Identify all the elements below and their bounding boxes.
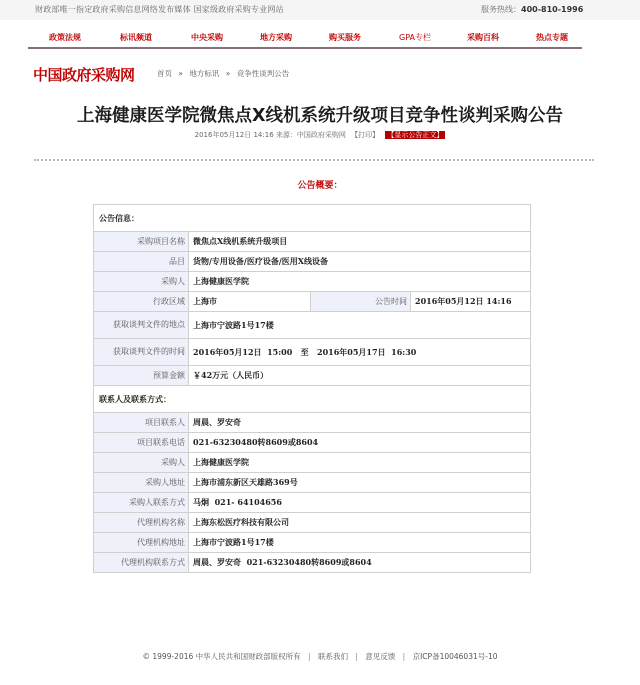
top-bar: 财政部唯一指定政府采购信息网络发布媒体 国家级政府采购专业网站 服务热线：400… xyxy=(0,0,640,20)
nav-item-central-procurement[interactable]: 中央采购 xyxy=(191,32,223,43)
nav-item-procurement-wiki[interactable]: 采购百科 xyxy=(467,32,499,43)
service-hotline: 服务热线：400-810-1996 xyxy=(481,4,583,15)
section-contacts: 联系人及联系方式： xyxy=(94,386,531,413)
breadcrumb-current[interactable]: 竞争性谈判公告 xyxy=(237,69,290,78)
announcement-info-table: 公告信息： 采购项目名称 微焦点X线机系统升级项目 品目 货物/专用设备/医疗设… xyxy=(93,204,531,573)
dotted-divider xyxy=(34,159,594,161)
value-purchaser: 上海健康医学院 xyxy=(189,272,531,292)
label-purchaser-2: 采购人 xyxy=(94,453,189,473)
value-contact-phone: 021-63230480转8609或8604 xyxy=(189,433,531,453)
nav-item-local-procurement[interactable]: 地方采购 xyxy=(260,32,292,43)
publish-date: 2016年05月12日 14:16 xyxy=(195,131,274,139)
main-nav: 政策法规 标讯频道 中央采购 地方采购 购买服务 GPA专栏 采购百科 热点专题 xyxy=(28,29,582,49)
label-announce-time: 公告时间 xyxy=(311,292,411,312)
label-contact-phone: 项目联系电话 xyxy=(94,433,189,453)
value-agency-contact: 周晨、罗安奇 021-63230480转8609或8604 xyxy=(189,553,531,573)
breadcrumb-separator: » xyxy=(226,69,231,78)
page-footer: © 1999-2016 中华人民共和国财政部版权所有 | 联系我们 | 意见反馈… xyxy=(0,651,640,662)
footer-divider: | xyxy=(403,652,406,661)
nav-item-hot-topics[interactable]: 热点专题 xyxy=(536,32,568,43)
page-title: 上海健康医学院微焦点X线机系统升级项目竞争性谈判采购公告 xyxy=(0,102,640,127)
label-project-name: 采购项目名称 xyxy=(94,232,189,252)
footer-divider: | xyxy=(355,652,358,661)
value-agency-address: 上海市宁波路1号17楼 xyxy=(189,533,531,553)
contact-us-link[interactable]: 联系我们 xyxy=(318,652,348,661)
value-purchaser-2: 上海健康医学院 xyxy=(189,453,531,473)
label-purchaser-contact: 采购人联系方式 xyxy=(94,493,189,513)
hotline-number: 400-810-1996 xyxy=(521,5,583,14)
label-doc-time: 获取谈判文件的时间 xyxy=(94,339,189,366)
label-budget: 预算金额 xyxy=(94,366,189,386)
value-category: 货物/专用设备/医疗设备/医用X线设备 xyxy=(189,252,531,272)
footer-divider: | xyxy=(308,652,311,661)
feedback-link[interactable]: 意见反馈 xyxy=(365,652,395,661)
label-agency-address: 代理机构地址 xyxy=(94,533,189,553)
label-region: 行政区域 xyxy=(94,292,189,312)
value-agency-name: 上海东松医疗科技有限公司 xyxy=(189,513,531,533)
label-doc-place: 获取谈判文件的地点 xyxy=(94,312,189,339)
value-doc-place: 上海市宁波路1号17楼 xyxy=(189,312,531,339)
value-contact-person: 周晨、罗安奇 xyxy=(189,413,531,433)
summary-heading: 公告概要： xyxy=(0,178,640,191)
nav-item-bid-channel[interactable]: 标讯频道 xyxy=(120,32,152,43)
label-agency-name: 代理机构名称 xyxy=(94,513,189,533)
value-region: 上海市 xyxy=(189,292,311,312)
copyright: © 1999-2016 中华人民共和国财政部版权所有 xyxy=(143,652,301,661)
source-name: 中国政府采购网 xyxy=(297,131,346,139)
hotline-label: 服务热线： xyxy=(481,5,521,14)
value-doc-time: 2016年05月12日 15:00 至 2016年05月17日 16:30 xyxy=(189,339,531,366)
section-announcement-info: 公告信息： xyxy=(94,205,531,232)
site-slogan: 财政部唯一指定政府采购信息网络发布媒体 国家级政府采购专业网站 xyxy=(35,4,284,15)
nav-item-gpa[interactable]: GPA专栏 xyxy=(399,32,431,43)
nav-item-policy[interactable]: 政策法规 xyxy=(49,32,81,43)
value-purchaser-contact: 马炯 021- 64104656 xyxy=(189,493,531,513)
value-announce-time: 2016年05月12日 14:16 xyxy=(411,292,531,312)
label-contact-person: 项目联系人 xyxy=(94,413,189,433)
nav-item-purchase-services[interactable]: 购买服务 xyxy=(329,32,361,43)
icp-link[interactable]: 京ICP备10046031号-10 xyxy=(413,652,498,661)
show-full-text-button[interactable]: 【显示公告正文】 xyxy=(385,131,445,139)
label-purchaser: 采购人 xyxy=(94,272,189,292)
breadcrumb-separator: » xyxy=(178,69,183,78)
print-link[interactable]: 【打印】 xyxy=(351,131,379,139)
source-label: 来源： xyxy=(276,131,297,139)
label-category: 品目 xyxy=(94,252,189,272)
breadcrumb-home[interactable]: 首页 xyxy=(157,69,172,78)
breadcrumb-local-bids[interactable]: 地方标讯 xyxy=(189,69,219,78)
site-logo[interactable]: 中国政府采购网 xyxy=(33,64,135,85)
value-project-name: 微焦点X线机系统升级项目 xyxy=(189,232,531,252)
breadcrumb: 首页 » 地方标讯 » 竞争性谈判公告 xyxy=(157,68,289,79)
article-meta: 2016年05月12日 14:16 来源：中国政府采购网 【打印】 【显示公告正… xyxy=(0,130,640,140)
label-purchaser-address: 采购人地址 xyxy=(94,473,189,493)
label-agency-contact: 代理机构联系方式 xyxy=(94,553,189,573)
value-purchaser-address: 上海市浦东新区天雄路369号 xyxy=(189,473,531,493)
value-budget: ￥42万元（人民币） xyxy=(189,366,531,386)
